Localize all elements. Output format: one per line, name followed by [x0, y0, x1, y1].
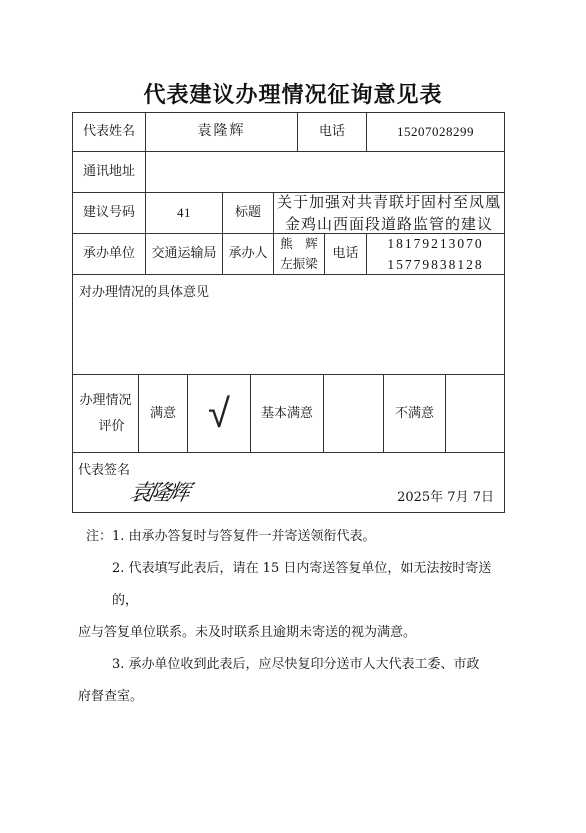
subject-field[interactable]: 关于加强对共青联圩固村至凤凰 金鸡山西面段道路监管的建议: [273, 192, 505, 234]
evaluation-label-line-1: 办理情况: [79, 388, 131, 414]
signature-date: 2025年 7月 7日: [397, 486, 494, 505]
subject-line-2: 金鸡山西面段道路监管的建议: [285, 213, 493, 235]
suggestion-no-field[interactable]: 41: [145, 192, 223, 234]
handler-phone-label: 电话: [324, 233, 367, 275]
subject-label-text: 标题: [235, 204, 261, 222]
satisfied-label: 满意: [138, 374, 188, 453]
handler-phone-2: 15779838128: [387, 254, 483, 275]
rep-name-label-text: 代表姓名: [83, 123, 135, 141]
rep-phone-value: 15207028299: [397, 123, 474, 141]
basically-satisfied-label-text: 基本满意: [261, 405, 313, 423]
evaluation-label: 办理情况 评价: [72, 374, 139, 453]
address-label: 通讯地址: [72, 151, 146, 193]
unsatisfied-label-text: 不满意: [395, 405, 434, 423]
handwritten-signature: 袁隆辉: [127, 476, 191, 507]
rep-name-field[interactable]: 袁隆辉: [145, 112, 298, 152]
basically-satisfied-checkbox[interactable]: [323, 374, 384, 453]
unsatisfied-label: 不满意: [383, 374, 446, 453]
rep-phone-label-text: 电话: [319, 123, 345, 141]
form-title: 代表建议办理情况征询意见表: [0, 78, 586, 109]
handler-label: 承办人: [222, 233, 274, 275]
note-2-line-2: 应与答复单位联系。未及时联系且逾期未寄送的视为满意。: [78, 617, 506, 649]
address-field[interactable]: [145, 151, 505, 193]
rep-name-value: 袁隆辉: [198, 122, 246, 141]
address-label-text: 通讯地址: [83, 163, 135, 181]
note-3-line-2: 府督查室。: [78, 681, 506, 713]
check-mark-icon: √: [208, 387, 230, 441]
note-1: 注：1. 由承办答复时与答复件一并寄送领衔代表。: [86, 521, 506, 553]
suggestion-no-label: 建议号码: [72, 192, 146, 234]
basically-satisfied-label: 基本满意: [250, 374, 324, 453]
rep-phone-label: 电话: [297, 112, 367, 152]
rep-phone-field[interactable]: 15207028299: [366, 112, 505, 152]
note-2-line-1: 2. 代表填写此表后，请在 15 日内寄送答复单位，如无法按时寄送的，: [86, 553, 506, 617]
opinion-field[interactable]: 对办理情况的具体意见: [72, 274, 505, 375]
notes-section: 注：1. 由承办答复时与答复件一并寄送领衔代表。 2. 代表填写此表后，请在 1…: [86, 521, 506, 713]
unit-label-text: 承办单位: [83, 245, 135, 263]
evaluation-label-line-2: 评价: [86, 414, 124, 440]
subject-line-1: 关于加强对共青联圩固村至凤凰: [277, 191, 501, 213]
handler-phone-label-text: 电话: [332, 245, 358, 263]
unit-field[interactable]: 交通运输局: [145, 233, 223, 275]
subject-label: 标题: [222, 192, 274, 234]
note-3-line-1: 3. 承办单位收到此表后，应尽快复印分送市人大代表工委、市政: [86, 649, 506, 681]
signature-label: 代表签名: [78, 459, 130, 478]
rep-name-label: 代表姓名: [72, 112, 146, 152]
satisfied-label-text: 满意: [150, 405, 176, 423]
suggestion-no-value: 41: [177, 204, 191, 222]
handler-field[interactable]: 熊 辉 左振梁: [273, 233, 325, 275]
handler-name-2: 左振梁: [280, 254, 318, 274]
satisfied-checkbox[interactable]: √: [187, 374, 251, 453]
unsatisfied-checkbox[interactable]: [445, 374, 505, 453]
handler-name-1: 熊 辉: [280, 234, 318, 254]
unit-label: 承办单位: [72, 233, 146, 275]
handler-phone-1: 18179213070: [387, 233, 483, 254]
opinion-label: 对办理情况的具体意见: [79, 284, 209, 302]
suggestion-no-label-text: 建议号码: [83, 204, 135, 222]
handler-phone-field[interactable]: 18179213070 15779838128: [366, 233, 505, 275]
handler-label-text: 承办人: [228, 245, 267, 263]
unit-value: 交通运输局: [151, 245, 216, 263]
